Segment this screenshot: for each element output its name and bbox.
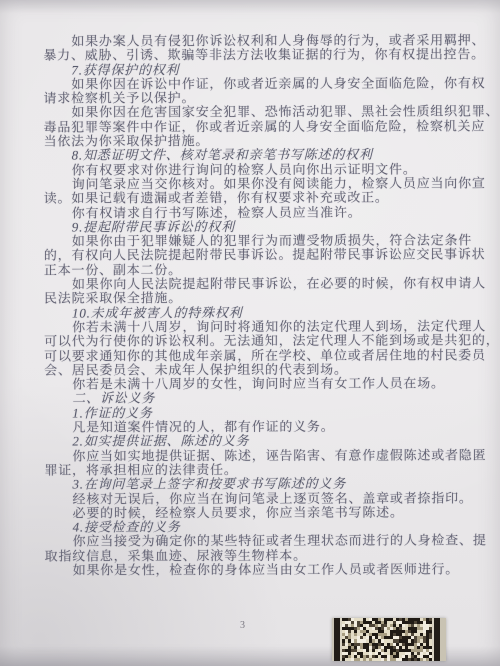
document-heading-line: 二、诉讼义务: [44, 391, 480, 406]
document-text-line: 你应当接受为确定你的某些特征或者生理状态而进行的人身检查、提: [45, 534, 481, 549]
document-text-line: 民法院采取保全措施。: [44, 291, 480, 306]
document-text-line: 必要的时候，经检察人员要求，你应当亲笔书写陈述。: [45, 505, 481, 520]
barcode-right-strip: [440, 618, 446, 661]
document-text-line: 你应当如实地提供证据、陈述，诬告陷害、有意作虚假陈述或者隐匿: [44, 448, 480, 463]
document-text-line: 读。如果记载有遗漏或者差错，你有权要求补充或改正。: [44, 191, 480, 206]
page-number: 3: [240, 620, 246, 632]
data-matrix-barcode-icon: [332, 618, 446, 661]
document-lines: 如果办案人员有侵犯你诉讼权利和人身侮辱的行为，或者采用羁押、暴力、威胁、引诱、欺…: [43, 33, 480, 577]
document-text-line: 的，有权向人民法院提起附带民事诉讼。提起附带民事诉讼应交民事诉状: [44, 248, 480, 263]
document-text-line: 你有权请求自行书写陈述，检察人员应当准许。: [44, 205, 480, 220]
scanned-document-page: 如果办案人员有侵犯你诉讼权利和人身侮辱的行为，或者采用羁押、暴力、威胁、引诱、欺…: [0, 0, 500, 666]
document-text-line: 暴力、威胁、引诱、欺骗等非法方法收集证据的行为，你有权提出控告。: [43, 48, 479, 63]
barcode-cells: [342, 618, 432, 661]
document-text-line: 如果你是女性，检查你的身体应当由女工作人员或者医师进行。: [45, 562, 481, 577]
document-text-line: 毒品犯罪等案件中作证，你或者近亲属的人身安全面临危险，检察机关应: [44, 119, 480, 134]
